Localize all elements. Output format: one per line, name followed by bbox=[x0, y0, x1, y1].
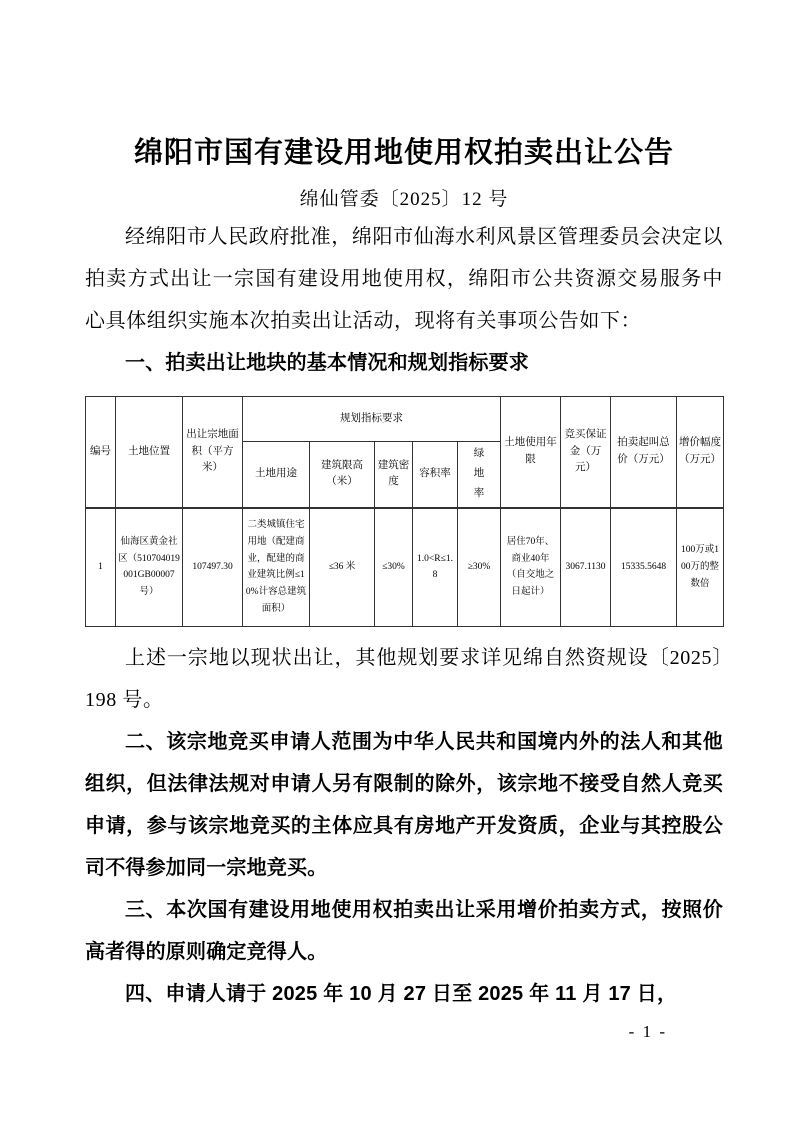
table-row: 1 仙海区黄金社区（510704019001GB00007 号） 107497.… bbox=[86, 508, 724, 627]
header-density: 建筑密度 bbox=[375, 442, 413, 508]
header-green-rate: 绿地率 bbox=[458, 442, 501, 508]
cell-area: 107497.30 bbox=[183, 508, 243, 627]
header-no: 编号 bbox=[86, 397, 116, 508]
cell-location: 仙海区黄金社区（510704019001GB00007 号） bbox=[116, 508, 183, 627]
header-plot-ratio: 容积率 bbox=[413, 442, 458, 508]
cell-start-price: 15335.5648 bbox=[611, 508, 677, 627]
document-content: 绵阳市国有建设用地使用权拍卖出让公告 绵仙管委〔2025〕12 号 经绵阳市人民… bbox=[85, 0, 723, 1015]
header-tenure: 土地使用年限 bbox=[501, 397, 561, 508]
section-1-heading: 一、拍卖出让地块的基本情况和规划指标要求 bbox=[85, 342, 723, 384]
header-location: 土地位置 bbox=[116, 397, 183, 508]
page-title: 绵阳市国有建设用地使用权拍卖出让公告 bbox=[85, 0, 723, 171]
cell-no: 1 bbox=[86, 508, 116, 627]
section-4-paragraph: 四、申请人请于 2025 年 10 月 27 日至 2025 年 11 月 17… bbox=[85, 973, 723, 1015]
cell-increment: 100万或100万的整数倍 bbox=[677, 508, 724, 627]
header-land-use: 土地用途 bbox=[243, 442, 310, 508]
header-start-price: 拍卖起叫总价（万元） bbox=[611, 397, 677, 508]
intro-paragraph: 经绵阳市人民政府批准，绵阳市仙海水利风景区管理委员会决定以拍卖方式出让一宗国有建… bbox=[85, 216, 723, 342]
header-planning-group: 规划指标要求 bbox=[243, 397, 501, 442]
header-deposit: 竞买保证金（万元） bbox=[561, 397, 611, 508]
cell-land-use: 二类城镇住宅用地（配建商业，配建的商业建筑比例≤10%计容总建筑面积） bbox=[243, 508, 310, 627]
document-page: 绵阳市国有建设用地使用权拍卖出让公告 绵仙管委〔2025〕12 号 经绵阳市人民… bbox=[0, 0, 793, 1122]
cell-height-limit: ≤36 米 bbox=[310, 508, 375, 627]
header-green-rate-label: 绿地率 bbox=[473, 444, 486, 504]
land-parcel-table: 编号 土地位置 出让宗地面积（平方米） 规划指标要求 土地使用年限 竞买保证金（… bbox=[85, 396, 724, 627]
cell-tenure: 居住70年、商业40年（自交地之日起计） bbox=[501, 508, 561, 627]
table-header-row-1: 编号 土地位置 出让宗地面积（平方米） 规划指标要求 土地使用年限 竞买保证金（… bbox=[86, 397, 724, 442]
header-area: 出让宗地面积（平方米） bbox=[183, 397, 243, 508]
after-table-paragraph: 上述一宗地以现状出让，其他规划要求详见绵自然资规设〔2025〕198 号。 bbox=[85, 637, 723, 721]
header-height-limit: 建筑限高（米） bbox=[310, 442, 375, 508]
section-2-paragraph: 二、该宗地竞买申请人范围为中华人民共和国境内外的法人和其他组织，但法律法规对申请… bbox=[85, 721, 723, 889]
page-number: - 1 - bbox=[629, 1022, 667, 1042]
cell-plot-ratio: 1.0<R≤1.8 bbox=[413, 508, 458, 627]
doc-number: 绵仙管委〔2025〕12 号 bbox=[85, 184, 723, 211]
cell-deposit: 3067.1130 bbox=[561, 508, 611, 627]
cell-green-rate: ≥30% bbox=[458, 508, 501, 627]
section-3-paragraph: 三、本次国有建设用地使用权拍卖出让采用增价拍卖方式，按照价高者得的原则确定竞得人… bbox=[85, 889, 723, 973]
cell-density: ≤30% bbox=[375, 508, 413, 627]
header-increment: 增价幅度（万元） bbox=[677, 397, 724, 508]
